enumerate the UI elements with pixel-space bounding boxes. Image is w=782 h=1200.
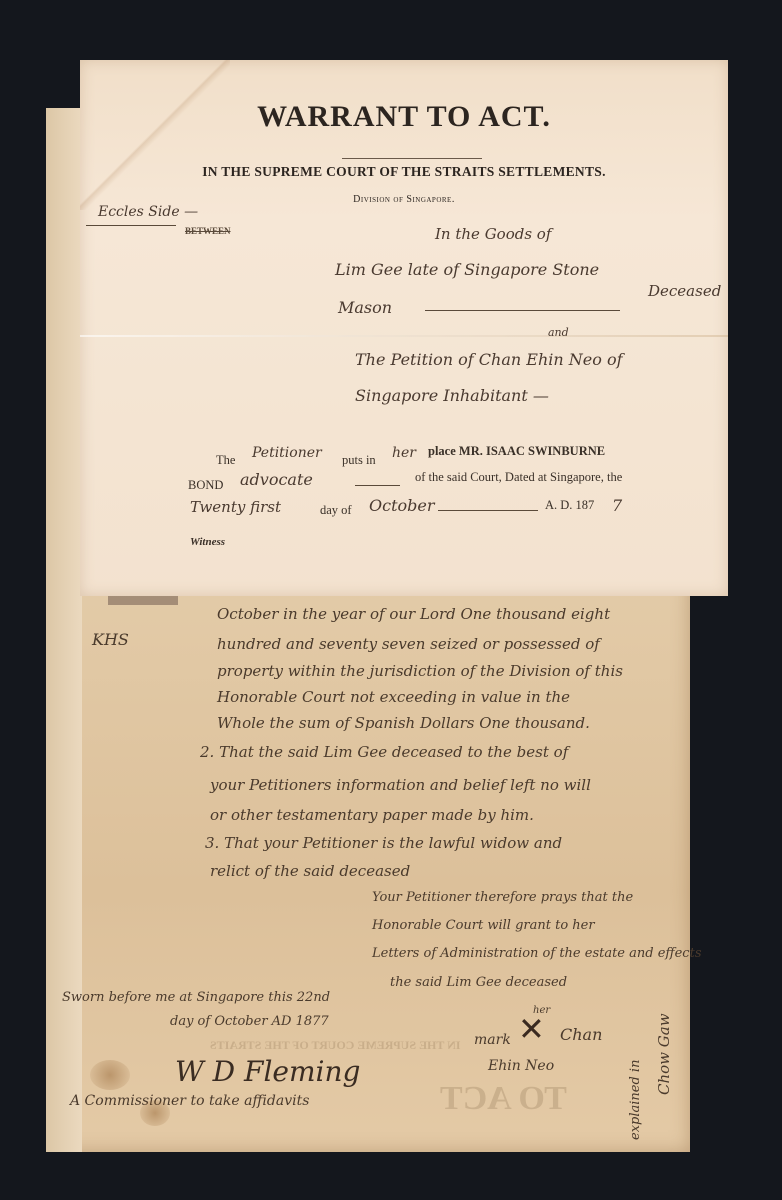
fold-crease — [80, 335, 728, 337]
margin-note-underline — [86, 225, 176, 226]
advocate-rule — [355, 485, 400, 486]
label-day-of: day of — [320, 503, 352, 518]
petitioner-field: Petitioner — [252, 445, 322, 461]
day-field: Twenty first — [190, 498, 281, 516]
title-ornament-divider — [342, 152, 482, 159]
and-insert: and — [548, 326, 569, 339]
petition-line: relict of the said deceased — [210, 862, 410, 880]
label-anno-domini: A. D. 187 — [545, 498, 594, 513]
deceased-word: Deceased — [648, 282, 721, 300]
petition-line: hundred and seventy seven seized or poss… — [217, 635, 600, 653]
advocate-field: advocate — [240, 470, 313, 489]
label-place-advocate-name: place MR. ISAAC SWINBURNE — [428, 444, 605, 459]
label-puts-in: puts in — [342, 453, 376, 468]
stamp-strip — [108, 595, 178, 605]
label-of-said-court: of the said Court, Dated at Singapore, t… — [415, 470, 622, 485]
vertical-note-2: Chow Gaw — [655, 1013, 673, 1095]
deceased-rule — [425, 310, 620, 311]
bleedthrough-act-text: TO ACT — [440, 1080, 567, 1118]
signature-cross-mark: ✕ — [518, 1010, 545, 1048]
prayer-line: Honorable Court will grant to her — [372, 918, 595, 933]
document-title: WARRANT TO ACT. — [80, 100, 728, 134]
margin-note: Eccles Side — — [98, 204, 198, 220]
deceased-line-1: Lim Gee late of Singapore Stone — [335, 260, 599, 279]
month-rule — [438, 510, 538, 511]
petition-line: October in the year of our Lord One thou… — [217, 605, 610, 623]
petition-line: or other testamentary paper made by him. — [210, 806, 534, 824]
stain — [140, 1100, 170, 1126]
petition-line: property within the jurisdiction of the … — [217, 662, 623, 680]
petition-line: 2. That the said Lim Gee deceased to the… — [200, 743, 568, 761]
struck-between: BETWEEN — [185, 226, 231, 236]
goods-of: In the Goods of — [435, 225, 551, 243]
label-the: The — [216, 453, 235, 468]
sworn-line-1: Sworn before me at Singapore this 22nd — [62, 990, 330, 1005]
warrant-front-sheet: WARRANT TO ACT. IN THE SUPREME COURT OF … — [80, 60, 728, 596]
petition-line: your Petitioners information and belief … — [210, 776, 591, 794]
vertical-note-1: explained in — [628, 1060, 643, 1140]
pronoun-field: her — [392, 445, 416, 461]
month-field: October — [369, 496, 435, 515]
margin-initials: KHS — [92, 630, 129, 649]
petition-line: Honorable Court not exceeding in value i… — [217, 688, 570, 706]
sworn-line-2: day of October AD 1877 — [170, 1014, 329, 1029]
petition-line: Whole the sum of Spanish Dollars One tho… — [217, 714, 590, 732]
mark-name-2: Ehin Neo — [488, 1058, 554, 1074]
mark-name-1: Chan — [560, 1025, 602, 1044]
year-digit-field: 7 — [612, 496, 622, 515]
court-heading: IN THE SUPREME COURT OF THE STRAITS SETT… — [80, 164, 728, 180]
petition-line-2: Singapore Inhabitant — — [355, 386, 549, 405]
mark-label: mark — [474, 1032, 511, 1048]
petition-line: 3. That your Petitioner is the lawful wi… — [205, 834, 562, 852]
prayer-line: Your Petitioner therefore prays that the — [372, 890, 633, 905]
bleedthrough-court-text: IN THE SUPREME COURT OF THE STRAITS — [210, 1038, 461, 1053]
commissioner-signature: W D Fleming — [175, 1055, 360, 1088]
prayer-line: Letters of Administration of the estate … — [372, 946, 702, 961]
commissioner-title: A Commissioner to take affidavits — [70, 1093, 309, 1109]
label-bond: BOND — [188, 478, 223, 493]
prayer-line: the said Lim Gee deceased — [390, 975, 567, 990]
stain — [90, 1060, 130, 1090]
petition-line-1: The Petition of Chan Ehin Neo of — [355, 350, 623, 369]
deceased-line-2: Mason — [338, 298, 392, 317]
witness-label: Witness — [190, 536, 225, 548]
